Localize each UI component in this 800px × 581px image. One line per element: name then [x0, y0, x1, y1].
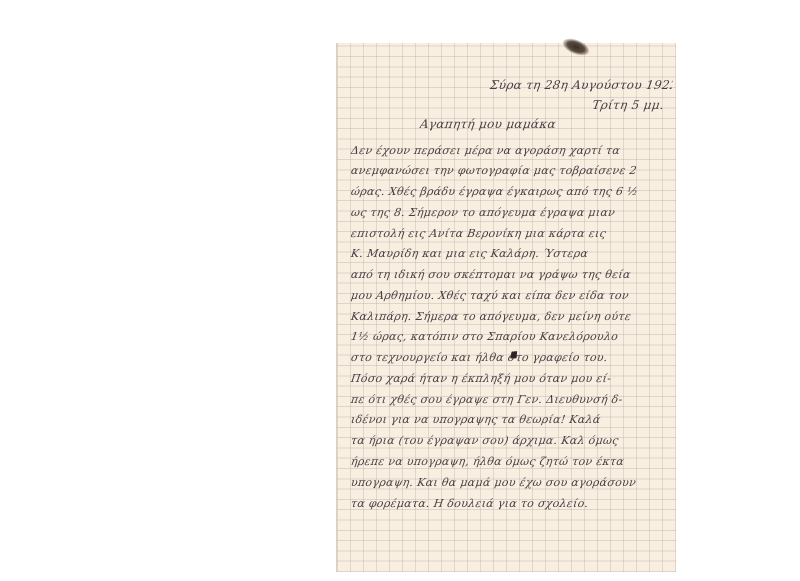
letter-line: Κ. Μαυρίδη και μια εις Καλάρη. Ύστερα — [350, 247, 672, 260]
letter-line: ώρας. Χθές βράδυ έγραψα έγκαιρως από της… — [350, 185, 672, 198]
letter-line: μου Αρθημίου. Χθές ταχύ και είπα δεν είδ… — [350, 289, 672, 302]
letter-line: τα φορέματα. Η δουλειά για το σχολείο. — [350, 497, 672, 510]
letter-line: από τη ιδική σου σκέπτομαι να γράψω της … — [350, 268, 672, 281]
letter-line: υπογραψη. Και θα μαμά μου έχω σου αγοράσ… — [350, 476, 672, 489]
letter-line: Καλιπάρη. Σήμερα το απόγευμα, δεν μείνη … — [350, 310, 672, 323]
letter-line: 1½ ώρας, κατόπιν στο Σπαρίου Κανελόρουλο — [350, 330, 672, 343]
letter-line: ως της 8. Σήμερον το απόγευμα έγραψα μια… — [350, 206, 672, 219]
letter-line: ήρεπε να υπογραψη, ήλθα όμως ζητώ τον έκ… — [350, 455, 672, 468]
letter-line: Δεν έχουν περάσει μέρα να αγοράση χαρτί … — [350, 144, 672, 157]
letter-line: πε ότι χθές σου έγραψε στη Γεν. Διευθυνσ… — [350, 393, 672, 406]
letter-line: τα ήρια (του έγραψαν σου) άρχιμα. Καλ όμ… — [350, 434, 672, 447]
letter-line: ιδένοι για να υπογραψης τα θεωρία! Καλά — [350, 413, 672, 426]
letter-day-time: Τρίτη 5 μμ. — [539, 98, 665, 112]
letter-line: Πόσο χαρά ήταν η έκπληξή μου όταν μου εί… — [350, 372, 672, 385]
letter-date: Σύρα τη 28η Αυγούστου 1922 — [489, 78, 673, 92]
letter-line: επιστολή εις Ανίτα Βερονίκη μια κάρτα ει… — [350, 227, 672, 240]
letter-greeting: Αγαπητή μου μαμάκα — [419, 117, 621, 131]
letter-line: ανεμφανώσει την φωτογραφία μας τοβραίσεν… — [350, 164, 672, 177]
